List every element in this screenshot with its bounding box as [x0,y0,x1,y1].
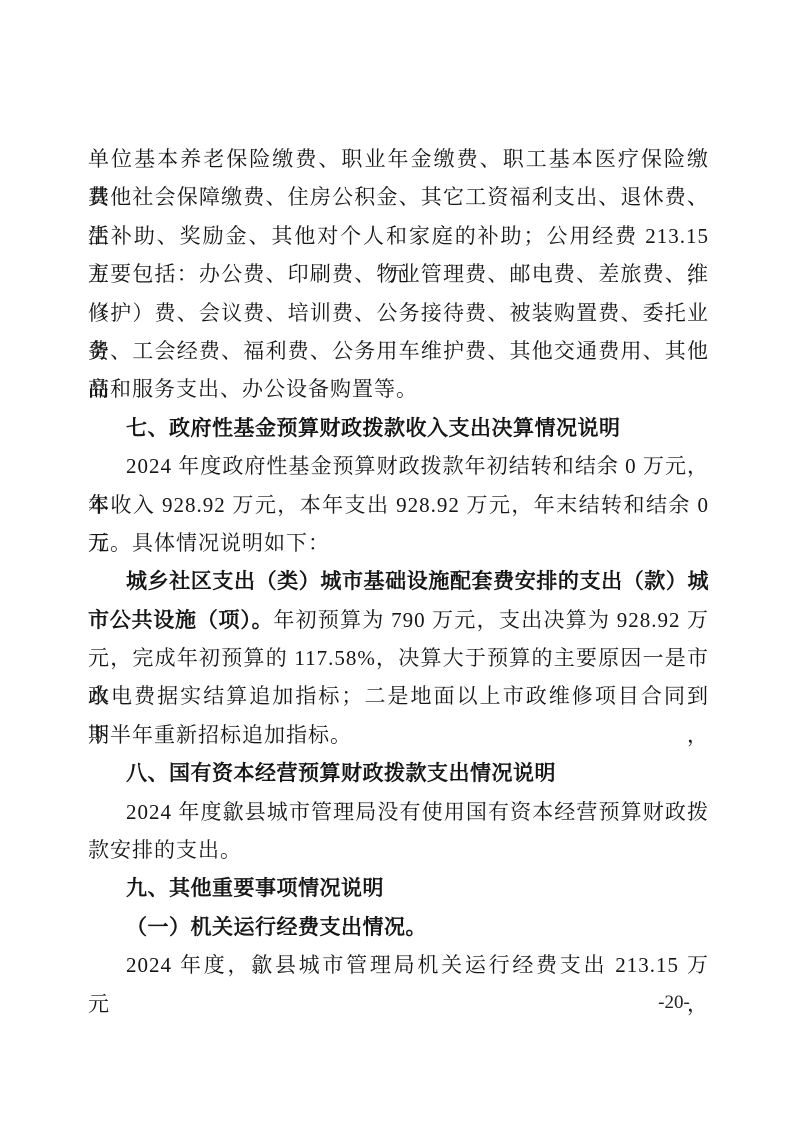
text-line: 品和服务支出、办公设备购置等。 [88,370,709,408]
text-line: 费、工会经费、福利费、公务用车维护费、其他交通费用、其他商 [88,332,709,370]
text-line: 其他社会保障缴费、住房公积金、其它工资福利支出、退休费、生 [88,178,709,216]
text-line: （护）费、会议费、培训费、公务接待费、被装购置费、委托业务 [88,294,709,332]
text-line: 单位基本养老保险缴费、职业年金缴费、职工基本医疗保险缴费、 [88,140,709,178]
text-line: 2024 年度政府性基金预算财政拨款年初结转和结余 0 万元，本 [88,447,709,485]
text-line: 城乡社区支出（类）城市基础设施配套费安排的支出（款）城 [88,562,709,600]
text-run: 元。具体情况说明如下： [88,531,330,555]
bold-text-run: 市公共设施（项）。 [88,609,273,632]
text-run: 下半年重新招标追加指标。 [88,723,352,747]
bold-text-run: 八、国有资本经营预算财政拨款支出情况说明 [126,762,556,785]
text-line: 元。具体情况说明如下： [88,524,709,562]
text-line: 元，完成年初预算的 117.58%，决算大于预算的主要原因一是市政 [88,639,709,677]
text-run: 2024 年度歙县城市管理局没有使用国有资本经营预算财政拨 [126,800,709,824]
page-number: -20- [637,988,711,1018]
text-line: 款安排的支出。 [88,831,709,869]
text-line: （一）机关运行经费支出情况。 [88,908,709,946]
text-line: 主要包括：办公费、印刷费、物业管理费、邮电费、差旅费、维修 [88,255,709,293]
text-line: 水电费据实结算追加指标；二是地面以上市政维修项目合同到期， [88,677,709,715]
text-line: 市公共设施（项）。年初预算为 790 万元，支出决算为 928.92 万 [88,601,709,639]
document-body: 单位基本养老保险缴费、职业年金缴费、职工基本医疗保险缴费、其他社会保障缴费、住房… [88,140,709,985]
text-line: 2024 年度歙县城市管理局没有使用国有资本经营预算财政拨 [88,793,709,831]
text-run: 品和服务支出、办公设备购置等。 [88,377,418,401]
text-line: 八、国有资本经营预算财政拨款支出情况说明 [88,754,709,792]
text-run: 2024 年度，歙县城市管理局机关运行经费支出 213.15 万元， [88,953,709,1015]
document-page: 单位基本养老保险缴费、职业年金缴费、职工基本医疗保险缴费、其他社会保障缴费、住房… [0,0,793,1122]
text-line: 2024 年度，歙县城市管理局机关运行经费支出 213.15 万元， [88,946,709,984]
text-line: 九、其他重要事项情况说明 [88,869,709,907]
text-line: 年收入 928.92 万元，本年支出 928.92 万元，年末结转和结余 0 万 [88,486,709,524]
text-run: 年初预算为 790 万元，支出决算为 928.92 万 [273,608,709,632]
text-line: 七、政府性基金预算财政拨款收入支出决算情况说明 [88,409,709,447]
bold-text-run: 九、其他重要事项情况说明 [126,877,384,900]
text-run: 款安排的支出。 [88,838,242,862]
text-line: 活补助、奖励金、其他对个人和家庭的补助；公用经费 213.15 万元， [88,217,709,255]
bold-text-run: （一）机关运行经费支出情况。 [126,916,427,939]
bold-text-run: 城乡社区支出（类）城市基础设施配套费安排的支出（款）城 [126,570,709,593]
bold-text-run: 七、政府性基金预算财政拨款收入支出决算情况说明 [126,417,621,440]
